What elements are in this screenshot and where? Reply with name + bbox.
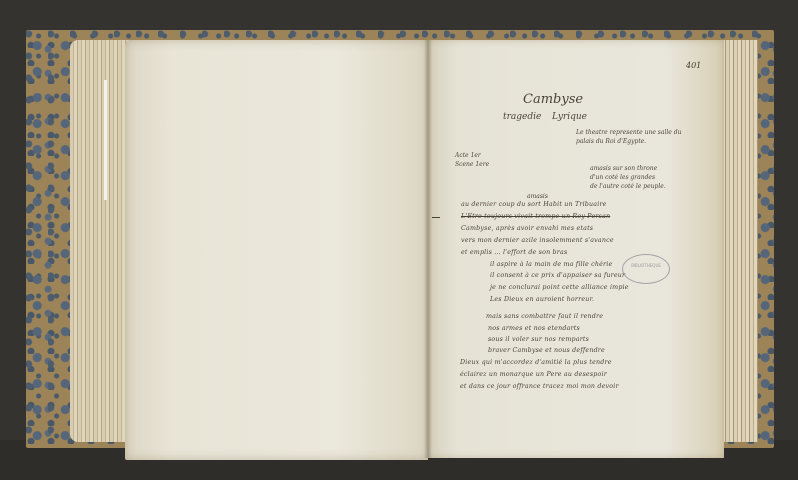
verse-line: nos armes et nos etendarts (488, 325, 580, 332)
stamp-text: BIBLIOTHEQUE (623, 263, 669, 268)
verse-line: Cambyse, après avoir envahi mes etats (461, 225, 593, 232)
verse-line-struck: L'Etre toujours vivait trompe un Roy Per… (461, 213, 610, 220)
genre-right: Lyrique (552, 112, 587, 122)
right-page-stack (718, 40, 758, 442)
play-title: Cambyse (523, 92, 583, 107)
verse-line: Les Dieux en auroient horreur. (490, 296, 594, 303)
bookmark-strip (104, 80, 107, 200)
verse-line: et emplis ... l'effort de son bras (461, 249, 567, 256)
library-stamp: BIBLIOTHEQUE (622, 254, 670, 284)
margin-dash (432, 217, 440, 218)
stage-direction-2-line-2: d'un coté les grandes (590, 174, 655, 181)
folio-number: 401 (686, 61, 701, 70)
stage-direction-2-line-1: amasis sur son throne (590, 165, 657, 172)
interlinear-insert: amasis (527, 193, 548, 200)
verse-line: sous il voler sur nos remparts (488, 336, 589, 343)
verse-line: braver Cambyse et nous deffendre (488, 347, 605, 354)
left-page-blank (125, 40, 428, 460)
verse-line: et dans ce jour offrance tracez moi mon … (460, 383, 619, 390)
verse-line: vers mon dernier azile insolemment s'ava… (461, 237, 614, 244)
act-heading: Acte 1er (455, 152, 481, 159)
left-page-stack (70, 40, 130, 442)
stage-direction-2-line-3: de l'autre coté le peuple. (590, 183, 666, 190)
verse-line: au dernier coup du sort Habit un Tribuai… (461, 201, 607, 208)
verse-line: il aspire à la main de ma fille chérie (490, 261, 612, 268)
stage-direction-1-line-1: Le theatre represente une salle du (576, 129, 681, 136)
verse-line: mais sans combattre faut il rendre (486, 313, 603, 320)
verse-line: je ne conclurai point cette alliance imp… (490, 284, 629, 291)
verse-line: il consent à ce prix d'appaiser sa fureu… (490, 272, 625, 279)
stage-direction-1-line-2: palais du Roi d'Egypte. (576, 138, 646, 145)
verse-line: Dieux qui m'accordez d'amitié la plus te… (460, 359, 612, 366)
genre-left: tragedie (503, 112, 541, 122)
scene-heading: Scene 1ere (455, 161, 489, 168)
verse-line: éclairez un monarque un Pere au desespoi… (460, 371, 607, 378)
book-gutter (424, 40, 432, 458)
